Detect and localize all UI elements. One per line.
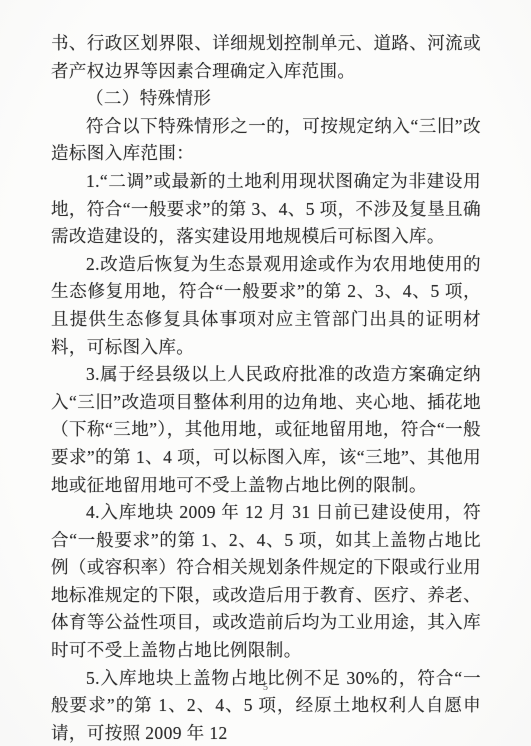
paragraph-intro: 符合以下特殊情形之一的，可按规定纳入“三旧”改造标图入库范围： [51, 113, 481, 168]
document-body: 书、行政区划界限、详细规划控制单元、道路、河流或者产权边界等因素合理确定入库范围… [51, 30, 481, 746]
paragraph-item-4: 4.入库地块 2009 年 12 月 31 日前已建设使用，符合“一般要求”的第… [51, 499, 481, 665]
paragraph-item-2: 2.改造后恢复为生态景观用途或作为农用地使用的生态修复用地，符合“一般要求”的第… [51, 251, 481, 361]
paragraph-item-5: 5.入库地块上盖物占地比例不足 30%的，符合“一般要求”的第 1、2、4、5 … [51, 665, 481, 746]
section-heading: （二）特殊情形 [51, 85, 481, 113]
paragraph-item-3: 3.属于经县级以上人民政府批准的改造方案确定纳入“三旧”改造项目整体利用的边角地… [51, 361, 481, 499]
page-number: 5 [0, 682, 531, 693]
paragraph-item-1: 1.“二调”或最新的土地利用现状图确定为非建设用地，符合“一般要求”的第 3、4… [51, 168, 481, 251]
document-page: 书、行政区划界限、详细规划控制单元、道路、河流或者产权边界等因素合理确定入库范围… [0, 0, 531, 746]
paragraph-continuation: 书、行政区划界限、详细规划控制单元、道路、河流或者产权边界等因素合理确定入库范围… [51, 30, 481, 85]
